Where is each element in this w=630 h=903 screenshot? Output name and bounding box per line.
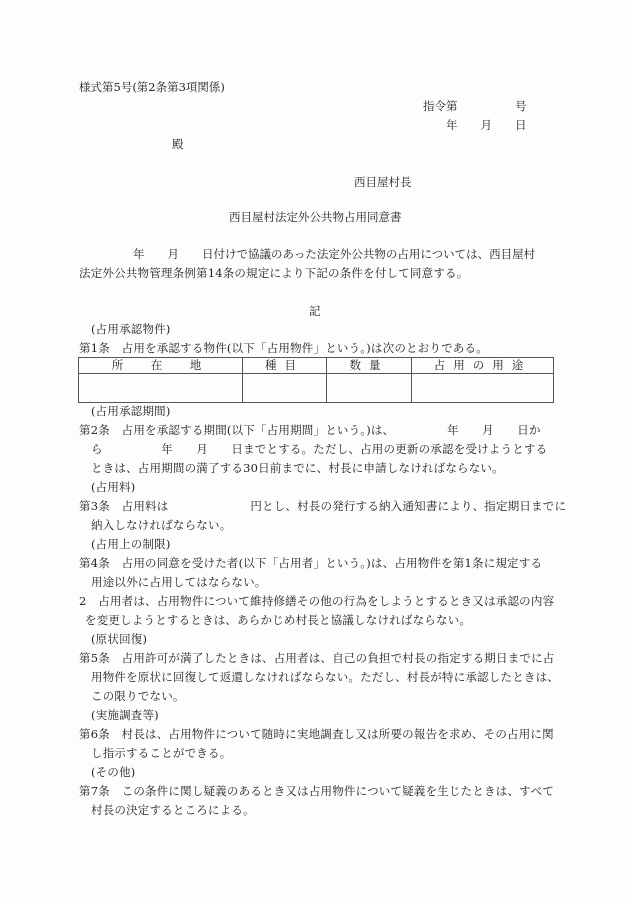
article-5-heading: (原状回復) [91,634,147,646]
article-1-text: 第1条 占用を承認する物件(以下「占用物件」という。)は次のとおりである。 [79,343,488,355]
article-2-line-1: 第2条 占用を承認する期間(以下「占用期間」という。)は、 年 月 日か [79,425,541,437]
article-5-line-2: 用物件を原状に回復して返還しなければならない。ただし、村長が特に承認したときは、 [91,672,559,684]
form-label: 様式第5号(第2条第3項関係) [79,82,225,94]
table-header-row: 所 在 地 種目 数量 占用の用途 [79,358,554,374]
article-4-line-1: 第4条 占用の同意を受けた者(以下「占用者」という。)は、占用物件を第1条に規定… [79,558,542,570]
cell-location[interactable] [79,374,243,403]
ki-heading: 記 [309,306,321,318]
addressee-suffix: 殿 [172,139,184,151]
header-purpose: 占用の用途 [412,358,554,374]
document-title: 西目屋村法定外公共物占用同意書 [229,212,402,224]
article-1-heading: (占用承認物件) [91,324,171,336]
article-7-line-1: 第7条 この条件に関し疑義のあるとき又は占用物件について疑義を生じたときは、すべ… [79,786,554,798]
article-2-line-2: ら 年 月 日までとする。ただし、占用の更新の承認を受けようとする [91,444,547,456]
article-7-line-2: 村長の決定するところによる。 [91,805,255,817]
article-4-heading: (占用上の制限) [91,539,171,551]
article-6-line-2: し指示することができる。 [91,748,231,760]
article-3-line-2: 納入しなければならない。 [91,520,231,532]
article-2-line-3: ときは、占用期間の満了する30日前までに、村長に申請しなければならない。 [91,463,504,475]
header-type: 種目 [243,358,327,374]
article-5-line-1: 第5条 占用許可が満了したときは、占用者は、自己の負担で村長の指定する期日までに… [79,653,555,665]
article-2-heading: (占用承認期間) [91,406,171,418]
intro-line-2: 法定外公共物管理条例第14条の規定により下記の条件を付して同意する。 [79,268,468,280]
article-4-para-2-line-1: 2 占用者は、占用物件について維持修繕その他の行為をしようとするとき又は承認の内… [79,596,554,608]
issue-date: 年 月 日 [446,120,527,132]
intro-line-1: 年 月 日付けで協議のあった法定外公共物の占用については、西目屋村 [133,249,535,261]
article-5-line-3: この限りでない。 [91,691,185,703]
order-number: 指令第 号 [423,101,527,113]
property-table: 所 在 地 種目 数量 占用の用途 [78,357,554,403]
cell-type[interactable] [243,374,327,403]
article-4-para-2-line-2: を変更しようとするときは、あらかじめ村長と協議しなければならない。 [85,615,471,627]
article-7-heading: (その他) [91,767,135,779]
header-quantity: 数量 [327,358,412,374]
article-4-line-2: 用途以外に占用してはならない。 [91,577,267,589]
table-row [79,374,554,403]
cell-purpose[interactable] [412,374,554,403]
cell-quantity[interactable] [327,374,412,403]
article-3-heading: (占用料) [91,482,135,494]
article-3-line-1: 第3条 占用料は 円とし、村長の発行する納入通知書により、指定期日までに [79,501,566,513]
article-6-line-1: 第6条 村長は、占用物件について随時に実地調査し又は所要の報告を求め、その占用に… [79,729,554,741]
article-6-heading: (実施調査等) [91,710,159,722]
issuer: 西目屋村長 [354,177,412,189]
header-location: 所 在 地 [79,358,243,374]
